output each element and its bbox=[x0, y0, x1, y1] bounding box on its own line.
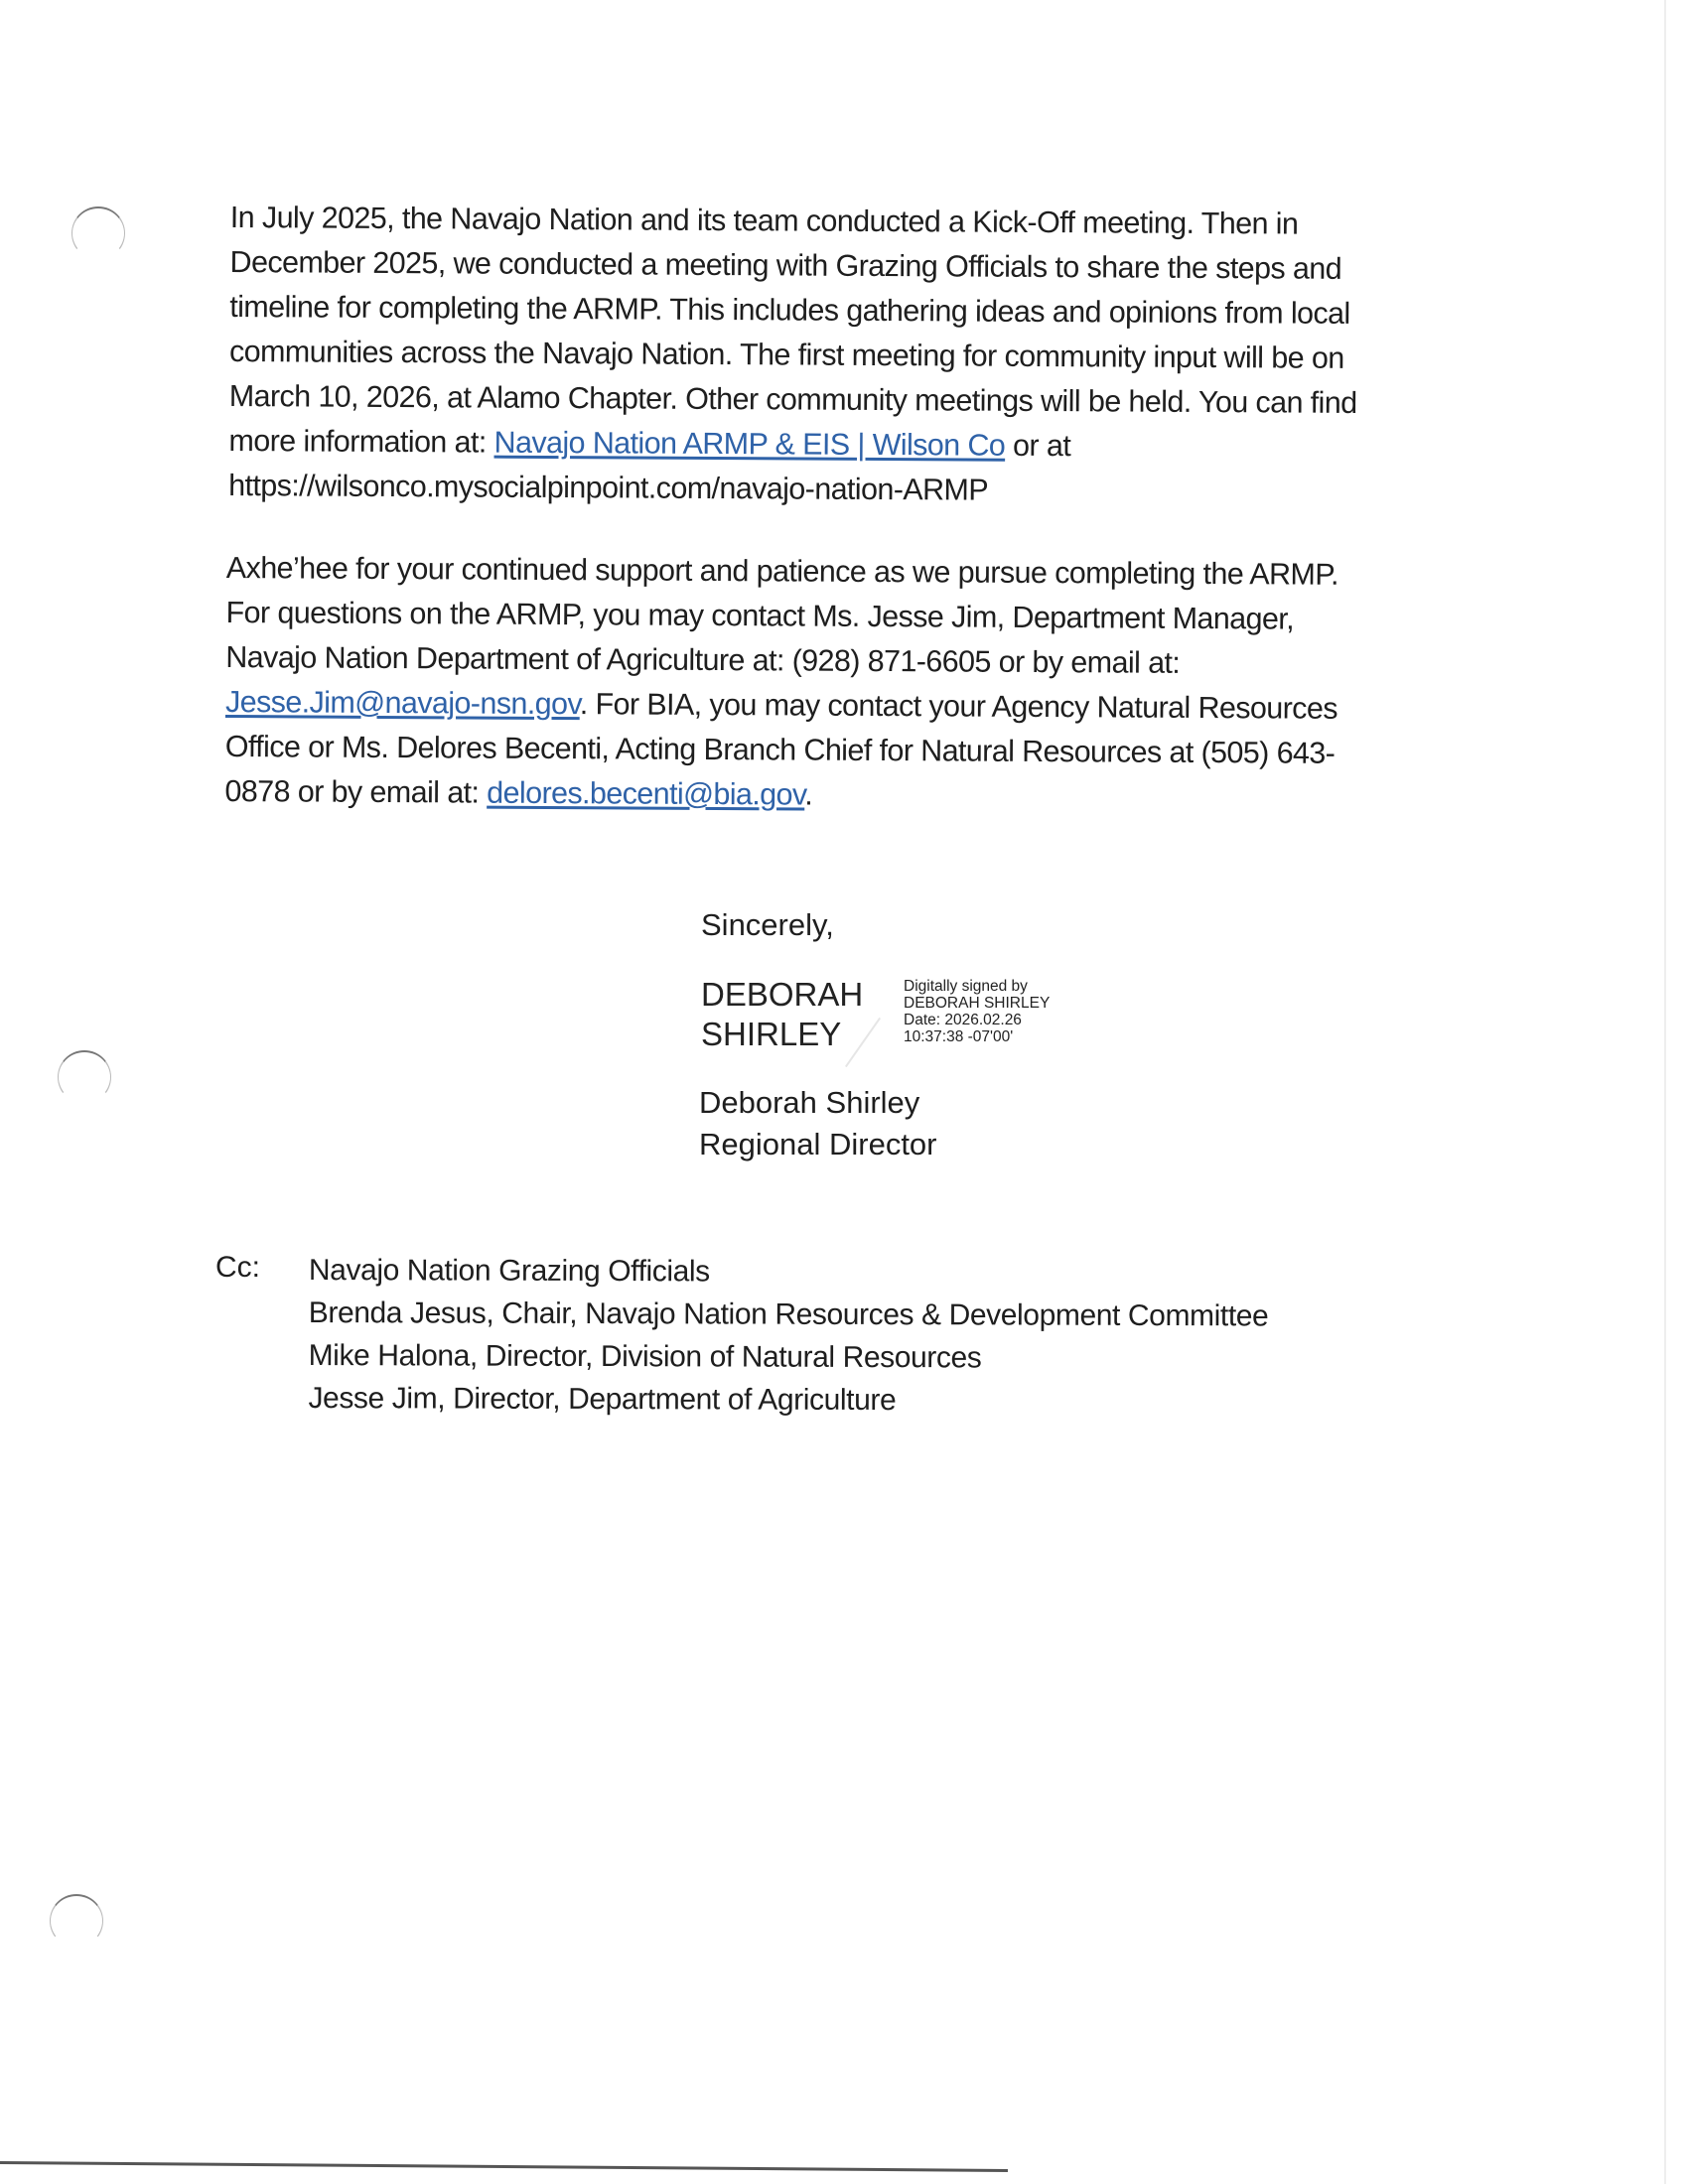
punch-hole-mark bbox=[50, 1894, 103, 1948]
digital-signature-name: DEBORAH SHIRLEY bbox=[701, 975, 863, 1054]
paragraph-line: Navajo Nation Department of Agriculture … bbox=[225, 635, 1506, 688]
paragraph-line: timeline for completing the ARMP. This i… bbox=[229, 285, 1510, 338]
page-edge-bottom bbox=[0, 2161, 1008, 2172]
signer-name: Deborah Shirley bbox=[699, 1082, 937, 1124]
paragraph-line: communities across the Navajo Nation. Th… bbox=[229, 330, 1510, 382]
paragraph-line: Jesse.Jim@navajo-nsn.gov. For BIA, you m… bbox=[225, 680, 1506, 733]
email-link-delores-becenti[interactable]: delores.becenti@bia.gov bbox=[487, 776, 804, 812]
signer-title: Regional Director bbox=[699, 1124, 937, 1165]
paragraph-line: Office or Ms. Delores Becenti, Acting Br… bbox=[225, 725, 1506, 777]
page-edge-right bbox=[1664, 0, 1666, 2184]
paragraph-line: more information at: Navajo Nation ARMP … bbox=[228, 419, 1509, 472]
signature-detail-line: Digitally signed by bbox=[904, 978, 1050, 995]
wilson-co-link[interactable]: Navajo Nation ARMP & EIS | Wilson Co bbox=[493, 426, 1005, 463]
line-text: 0878 or by email at: bbox=[224, 774, 487, 810]
url-text: https://wilsonco.mysocialpinpoint.com/na… bbox=[228, 464, 1509, 516]
cc-recipient: Jesse Jim, Director, Department of Agric… bbox=[308, 1377, 1268, 1423]
paragraph-line: 0878 or by email at: delores.becenti@bia… bbox=[224, 769, 1505, 822]
paragraph-line: Axhe’hee for your continued support and … bbox=[226, 546, 1507, 599]
email-link-jesse-jim[interactable]: Jesse.Jim@navajo-nsn.gov bbox=[225, 685, 580, 721]
cc-recipient: Navajo Nation Grazing Officials bbox=[309, 1249, 1269, 1295]
closing-salutation: Sincerely, bbox=[701, 907, 834, 943]
signature-detail-line: DEBORAH SHIRLEY bbox=[904, 995, 1050, 1012]
punch-hole-mark bbox=[71, 206, 125, 260]
punch-hole-mark bbox=[58, 1050, 111, 1104]
signature-name-line: DEBORAH bbox=[701, 975, 863, 1015]
cc-recipients: Navajo Nation Grazing Officials Brenda J… bbox=[308, 1249, 1268, 1423]
signature-detail-line: Date: 2026.02.26 bbox=[904, 1012, 1050, 1028]
signer-block: Deborah Shirley Regional Director bbox=[699, 1082, 937, 1165]
paragraph-line: December 2025, we conducted a meeting wi… bbox=[229, 240, 1510, 293]
paragraph-line: In July 2025, the Navajo Nation and its … bbox=[230, 196, 1511, 248]
digital-signature-details: Digitally signed by DEBORAH SHIRLEY Date… bbox=[904, 978, 1050, 1045]
paragraph-line: For questions on the ARMP, you may conta… bbox=[225, 591, 1506, 643]
line-text: . For BIA, you may contact your Agency N… bbox=[580, 687, 1337, 726]
paragraph-meetings: In July 2025, the Navajo Nation and its … bbox=[228, 196, 1511, 516]
signature-detail-line: 10:37:38 -07'00' bbox=[904, 1028, 1050, 1045]
paragraph-line: March 10, 2026, at Alamo Chapter. Other … bbox=[229, 374, 1510, 427]
cc-recipient: Brenda Jesus, Chair, Navajo Nation Resou… bbox=[309, 1292, 1269, 1337]
line-text: . bbox=[804, 778, 812, 812]
paragraph-contacts: Axhe’hee for your continued support and … bbox=[224, 546, 1507, 822]
signature-name-line: SHIRLEY bbox=[701, 1015, 863, 1054]
scanned-letter-page: In July 2025, the Navajo Nation and its … bbox=[0, 0, 1688, 2184]
line-text: or at bbox=[1005, 429, 1070, 463]
line-text: more information at: bbox=[228, 424, 493, 460]
cc-label: Cc: bbox=[215, 1251, 260, 1285]
cc-recipient: Mike Halona, Director, Division of Natur… bbox=[309, 1334, 1269, 1380]
